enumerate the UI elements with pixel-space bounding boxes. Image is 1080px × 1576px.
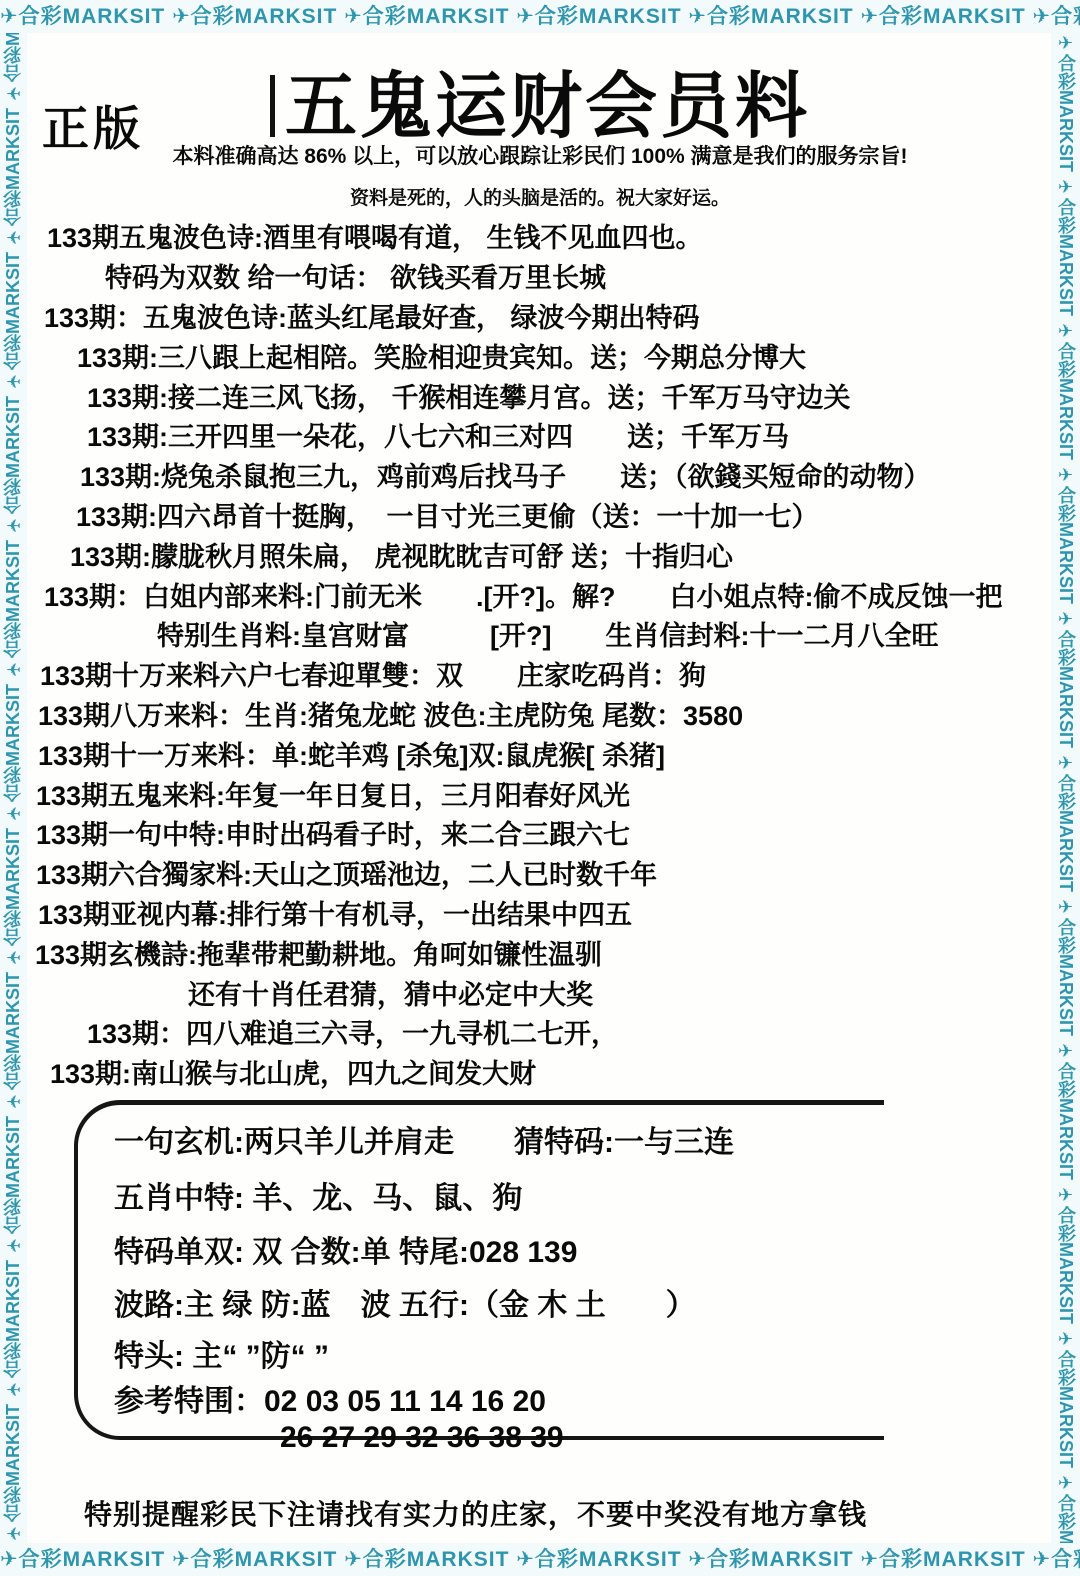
page-title: 五鬼运财会员料 [0,48,1080,152]
motto-line: 资料是死的，人的头脑是活的。祝大家好运。 [0,183,1080,210]
box-line-head: 特头: 主“ ”防“ ” [114,1328,884,1377]
prediction-line: 133期:接二连三风飞扬， 千猴相连攀月宫。送；千军万马守边关 [30,375,1050,415]
prediction-line: 133期八万来料：生肖:猪兔龙蛇 波色:主虎防兔 尾数：3580 [30,694,1050,734]
box-line-zodiac: 五肖中特: 羊、龙、马、鼠、狗 [114,1167,884,1222]
border-bottom-watermark: ✈合彩MARKSIT ✈合彩MARKSIT ✈合彩MARKSIT ✈合彩MARK… [0,1543,1080,1576]
prediction-line: 133期:三开四里一朵花，八七六和三对四 送；千军万马 [30,415,1050,455]
prediction-line: 133期:烧兔杀鼠抱三九，鸡前鸡后找马子 送；（欲錢买短命的动物） [30,455,1050,495]
prediction-line: 133期十万来料六户七春迎單雙：双 庄家吃码肖：狗 [30,654,1050,694]
prediction-line: 133期一句中特:申时出码看子时，来二合三跟六七 [30,813,1050,853]
footer-warning: 特别提醒彩民下注请找有实力的庄家，不要中奖没有地方拿钱 [84,1493,1044,1533]
page-title-text: 五鬼运财会员料 [285,67,810,147]
prediction-line: 133期：五鬼波色诗:蓝头红尾最好查， 绿波今期出特码 [30,296,1050,336]
box-line-numbers-cont: 26 27 29 32 36 38 39 [114,1419,884,1457]
prediction-line: 133期五鬼来料:年复一年日复日，三月阳春好风光 [30,773,1050,813]
prediction-line: 133期:朦胧秋月照朱扁， 虎视眈眈吉可舒 送；十指归心 [30,534,1050,574]
title-bar-decoration [270,75,275,137]
summary-box: 一句玄机:两只羊儿并肩走 猜特码:一与三连 五肖中特: 羊、龙、马、鼠、狗 特码… [74,1100,884,1440]
border-left-watermark: ✈合彩MARKSIT ✈合彩MARKSIT ✈合彩MARKSIT ✈合彩MARK… [0,33,27,1543]
prediction-line: 133期:四六昂首十挺胸， 一目寸光三更偷（送：一十加一七） [30,495,1050,535]
border-right-watermark: ✈合彩MARKSIT ✈合彩MARKSIT ✈合彩MARKSIT ✈合彩MARK… [1051,33,1080,1543]
prediction-lines: 133期五鬼波色诗:酒里有喂喝有道， 生钱不见血四也。 特码为双数 给一句话： … [30,216,1050,1092]
box-line-mystery: 一句玄机:两只羊儿并肩走 猜特码:一与三连 [114,1111,884,1167]
prediction-line: 133期亚视内幕:排行第十有机寻，一出结果中四五 [30,893,1050,933]
prediction-line: 133期:三八跟上起相陪。笑脸相迎贵宾知。送；今期总分博大 [30,335,1050,375]
prediction-line: 133期:南山猴与北山虎，四九之间发大财 [30,1052,1050,1092]
box-line-wave: 波路:主 绿 防:蓝 波 五行:（金 木 土 ） [114,1275,884,1328]
prediction-line: 还有十肖任君猜，猜中必定中大奖 [30,972,1050,1012]
prediction-line: 特别生肖料:皇宫财富 [开?] 生肖信封料:十一二月八全旺 [30,614,1050,654]
box-line-numbers: 参考特围：02 03 05 11 14 16 20 [114,1377,884,1419]
prediction-line: 133期六合獨家料:天山之顶瑶池边，二人已时数千年 [30,853,1050,893]
prediction-line: 133期五鬼波色诗:酒里有喂喝有道， 生钱不见血四也。 [30,216,1050,256]
prediction-line: 特码为双数 给一句话： 欲钱买看万里长城 [30,256,1050,296]
border-top-watermark: ✈合彩MARKSIT ✈合彩MARKSIT ✈合彩MARKSIT ✈合彩MARK… [0,0,1080,33]
lottery-tip-sheet: ✈合彩MARKSIT ✈合彩MARKSIT ✈合彩MARKSIT ✈合彩MARK… [0,0,1080,1576]
prediction-line: 133期十一万来料：单:蛇羊鸡 [杀兔]双:鼠虎猴[ 杀猪] [30,733,1050,773]
box-line-oddeven: 特码单双: 双 合数:单 特尾:028 139 [114,1222,884,1275]
prediction-line: 133期：白姐内部来料:门前无米 .[开?]。解? 白小姐点特:偷不成反蚀一把 [30,574,1050,614]
accuracy-subtitle: 本料准确高达 86% 以上，可以放心跟踪让彩民们 100% 满意是我们的服务宗旨… [0,140,1080,170]
prediction-line: 133期玄機詩:拖辈带耙勤耕地。角呵如镰性温驯 [30,932,1050,972]
prediction-line: 133期：四八难追三六寻，一九寻机二七开， [30,1012,1050,1052]
